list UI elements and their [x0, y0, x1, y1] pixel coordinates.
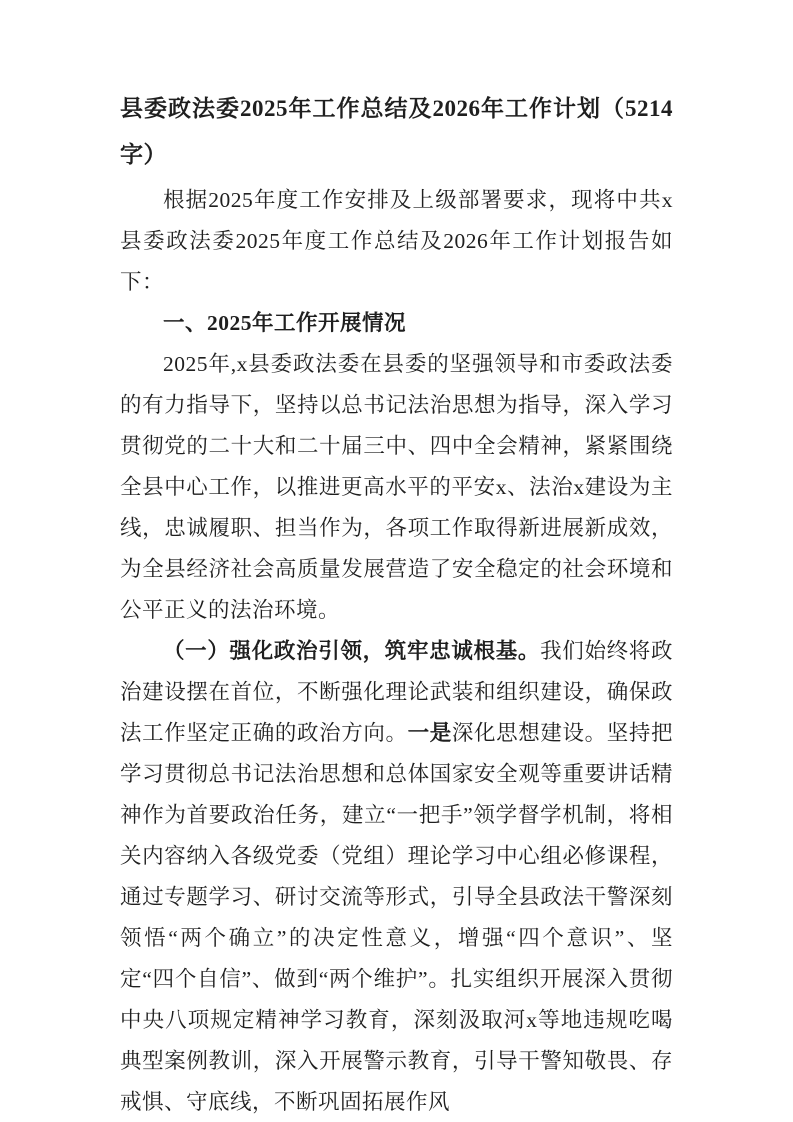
document-body: 根据2025年度工作安排及上级部署要求，现将中共x县委政法委2025年度工作总结…: [120, 180, 673, 1122]
document-page: 县委政法委2025年工作总结及2026年工作计划（5214字） 根据2025年度…: [0, 0, 793, 1122]
text-run: 一是: [408, 721, 452, 745]
text-run: （一）强化政治引领，筑牢忠诚根基。: [163, 639, 540, 663]
document-title: 县委政法委2025年工作总结及2026年工作计划（5214字）: [120, 86, 673, 178]
text-run: 一、2025年工作开展情况: [163, 311, 406, 335]
text-run: 根据2025年度工作安排及上级部署要求，现将中共x县委政法委2025年度工作总结…: [120, 188, 673, 294]
text-run: 2025年,x县委政法委在县委的坚强领导和市委政法委的有力指导下，坚持以总书记法…: [120, 352, 673, 622]
text-run: 深化思想建设。坚持把学习贯彻总书记法治思想和总体国家安全观等重要讲话精神作为首要…: [120, 721, 673, 1114]
section-heading: 一、2025年工作开展情况: [120, 303, 673, 344]
paragraph: （一）强化政治引领，筑牢忠诚根基。我们始终将政治建设摆在首位，不断强化理论武装和…: [120, 631, 673, 1122]
paragraph: 2025年,x县委政法委在县委的坚强领导和市委政法委的有力指导下，坚持以总书记法…: [120, 344, 673, 631]
paragraph: 根据2025年度工作安排及上级部署要求，现将中共x县委政法委2025年度工作总结…: [120, 180, 673, 303]
